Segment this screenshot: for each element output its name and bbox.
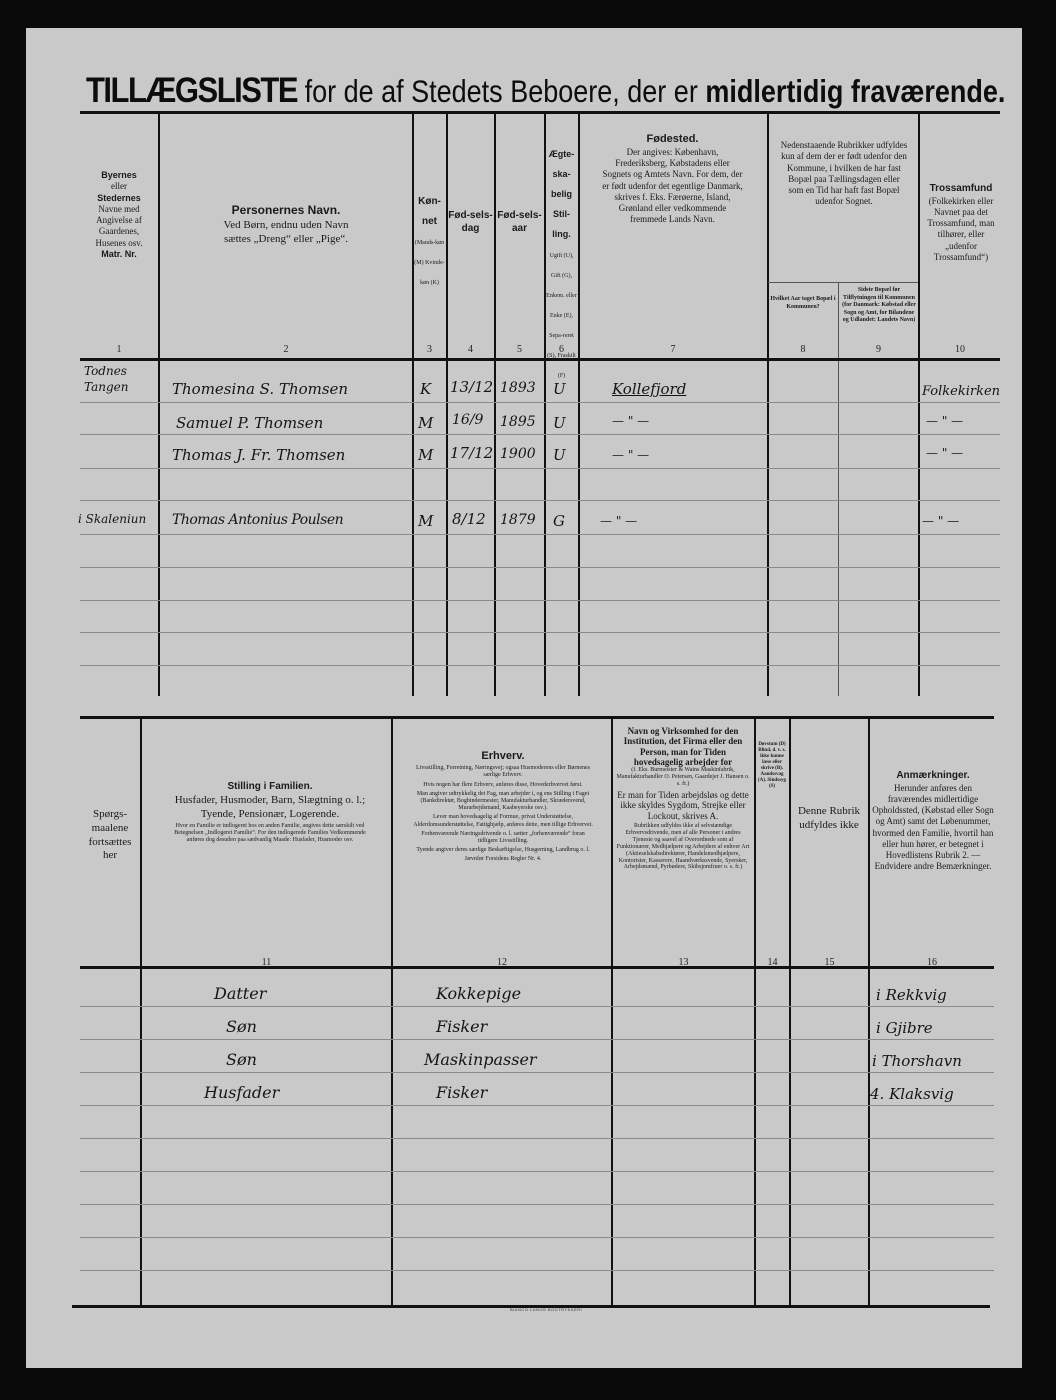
birthplace-cell: — " — [612,448,649,462]
remarks-cell: i Rekkvig [876,986,947,1004]
position-cell: Datter [214,984,266,1003]
name-cell: Thomas J. Fr. Thomsen [172,446,345,464]
header-col9: Sidste Bopæl før Tilflytningen til Kommu… [841,287,917,325]
sex-cell: M [418,414,433,432]
header-col3: Køn-net (Mands-køn (M) Kvinde-køn (K) [413,190,446,290]
header-col14: Døvstum (D) Blind, d. v. s. ikke kunne l… [756,742,788,790]
row-line [80,1072,994,1073]
row-line [80,1105,994,1106]
occupation-cell: Fisker [436,1017,487,1036]
header-continue: Spørgs-maalene fortsættes her [82,808,138,863]
row-line [80,1138,994,1139]
header-col7: Fødested. Der angives: København, Freder… [600,133,745,226]
name-cell: Samuel P. Thomsen [176,414,323,432]
remarks-cell: i Gjibre [876,1019,933,1037]
title-text: for de af Stedets Beboere, der er [297,75,705,110]
row-line [80,468,1000,469]
top-rule [80,111,1000,114]
remarks-cell: 4. Klaksvig [870,1085,954,1103]
header-col15: Denne Rubrik udfyldes ikke [792,805,866,833]
col-number: 9 [839,344,918,355]
header-col11: Stilling i Familien. Husfader, Husmoder,… [165,780,375,844]
birthplace-cell: — " — [612,414,649,428]
title-emphasis: midlertidig [705,75,843,110]
printer-imprint: BIANCO LUNOS BOGTRYKKERI [510,1307,582,1312]
col-number: 1 [80,344,158,355]
marital-cell: U [553,380,566,398]
occupation-cell: Fisker [436,1083,487,1102]
religion-cell: Folkekirken [922,384,1000,399]
place-cell: Todnes Tangen [84,364,156,395]
divider [754,719,756,1307]
sex-cell: K [420,380,431,398]
birthday-cell: 17/12 [450,444,493,462]
row-line [80,632,1000,633]
header-col1: ByernesellerStedernesNavne medAngivelse … [80,170,158,260]
row-line [80,1006,994,1007]
col-number: 8 [768,344,838,355]
birthyear-cell: 1900 [500,446,536,462]
header-rule [80,358,1000,361]
birthday-cell: 16/9 [452,412,483,428]
row-line [80,600,1000,601]
header-col2: Personernes Navn. Ved Børn, endnu uden N… [160,203,412,246]
marital-cell: U [553,446,566,464]
marital-cell: U [553,414,566,432]
divider [158,114,160,696]
sex-cell: M [418,512,433,530]
col-number: 4 [447,344,494,355]
title-main: TILLÆGSLISTE [86,70,297,110]
divider [918,114,920,696]
title-end: fraværende. [843,75,1005,110]
form-title: TILLÆGSLISTE for de af Stedets Beboere, … [86,70,1006,111]
lower-top-rule [80,716,994,719]
col-number: 3 [413,344,446,355]
position-cell: Husfader [204,1083,279,1102]
sex-cell: M [418,446,433,464]
divider-thin [768,282,918,283]
occupation-cell: Kokkepige [436,984,521,1003]
row-line [80,1204,994,1205]
lower-header-rule [80,966,994,969]
birthday-cell: 13/12 [450,378,493,396]
row-line [80,500,1000,501]
row-line [80,567,1000,568]
header-col16: Anmærkninger. Herunder anføres den fravæ… [872,770,994,873]
birthday-cell: 8/12 [452,510,486,528]
row-line [80,1270,994,1271]
birthyear-cell: 1879 [500,512,536,528]
header-col8: Hvilket Aar taget Bopæl i Kommunen? [770,296,836,311]
col-number: 10 [919,344,1001,355]
name-cell: Thomesina S. Thomsen [172,380,348,398]
row-line [80,665,1000,666]
col-number: 2 [160,344,412,355]
row-line [80,1171,994,1172]
header-col8-9-group: Nedenstaaende Rubrikker udfyldes kun af … [780,140,908,208]
divider [494,114,496,696]
birthplace-cell: Kollefjord [612,380,686,398]
divider [578,114,580,696]
divider [140,719,142,1307]
birthyear-cell: 1895 [500,414,536,430]
divider [611,719,613,1307]
header-col5: Fød-sels-aar [495,210,544,235]
religion-cell: — " — [926,446,963,460]
remarks-cell: i Thorshavn [872,1052,962,1070]
header-col13: Navn og Virksomhed for den Institution, … [615,726,751,871]
col-number: 6 [545,344,578,355]
occupation-cell: Maskinpasser [424,1050,537,1069]
header-col12: Erhverv. Livsstilling, Forretning, Nærin… [413,750,593,863]
divider [789,719,791,1307]
name-cell: Thomas Antonius Poulsen [172,512,343,528]
place-cell: i Skaleniun [78,512,146,526]
divider [446,114,448,696]
col-number: 5 [495,344,544,355]
row-line [80,1039,994,1040]
position-cell: Søn [226,1050,257,1069]
divider [868,719,870,1307]
marital-cell: G [553,512,565,530]
row-line [80,1237,994,1238]
religion-cell: — " — [922,514,959,528]
header-col4: Fød-sels-dag [447,210,494,235]
row-line [80,434,1000,435]
divider [767,114,769,696]
row-line [80,402,1000,403]
birthyear-cell: 1893 [500,380,536,396]
header-col10: Trossamfund (Folkekirken eller Navnet pa… [921,183,1001,263]
col-number: 7 [579,344,767,355]
position-cell: Søn [226,1017,257,1036]
birthplace-cell: — " — [600,514,637,528]
religion-cell: — " — [926,414,963,428]
divider [391,719,393,1307]
row-line [80,534,1000,535]
